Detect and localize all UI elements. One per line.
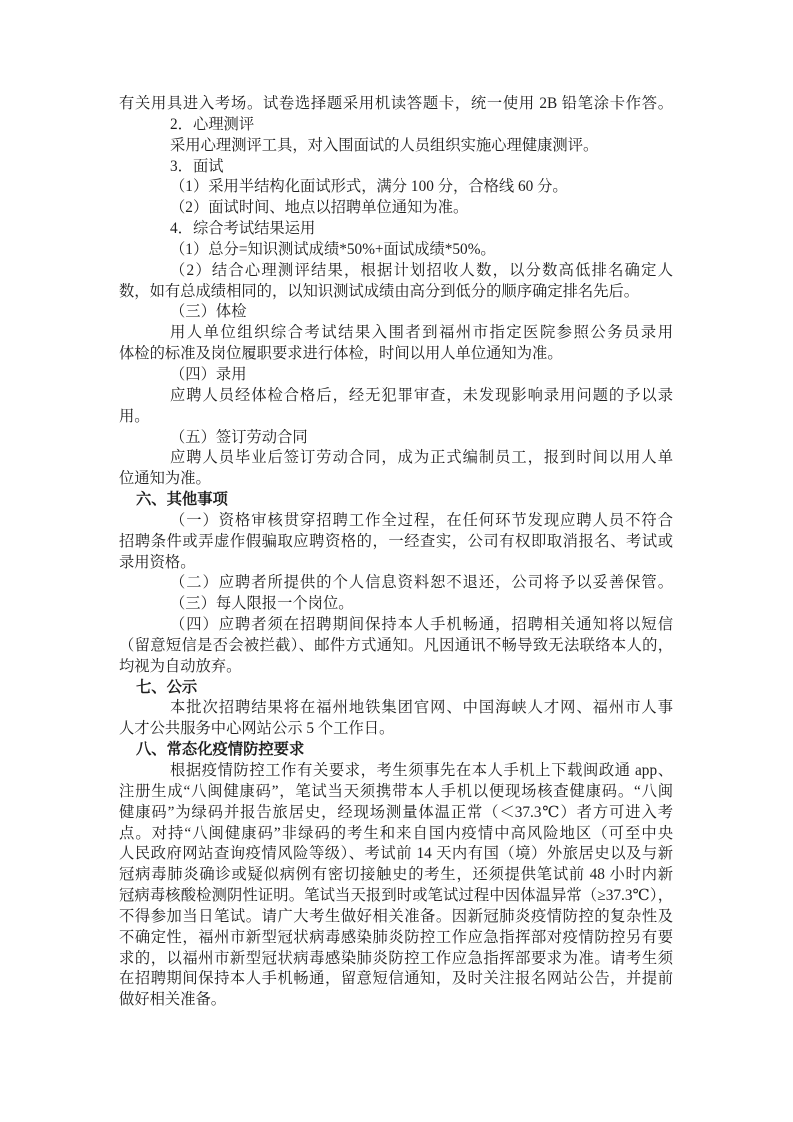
text-line: 3．面试 xyxy=(119,157,673,178)
text-line: 本批次招聘结果将在福州地铁集团官网、中国海峡人才网、福州市人事 xyxy=(119,698,673,719)
text-line: （二）应聘者所提供的个人信息资料恕不退还，公司将予以妥善保管。 xyxy=(119,573,673,594)
text-line: 做好相关准备。 xyxy=(119,990,673,1011)
text-line: （2）结合心理测评结果，根据计划招收人数，以分数高低排名确定人 xyxy=(119,261,673,282)
section-heading: 七、公示 xyxy=(119,678,673,699)
section-heading: 六、其他事项 xyxy=(119,490,673,511)
text-line: 应聘人员毕业后签订劳动合同，成为正式编制员工，报到时间以用人单 xyxy=(119,448,673,469)
text-line: 人民政府网站查询疫情风险等级）、考试前 14 天内有国（境）外旅居史以及与新 xyxy=(119,844,673,865)
text-line: 2．心理测评 xyxy=(119,115,673,136)
text-line: （留意短信是否会被拦截）、邮件方式通知。凡因通讯不畅导致无法联络本人的， xyxy=(119,636,673,657)
text-line: （三）体检 xyxy=(119,302,673,323)
document-page: 有关用具进入考场。试卷选择题采用机读答题卡，统一使用 2B 铅笔涂卡作答。2．心… xyxy=(0,0,793,1122)
text-line: 人才公共服务中心网站公示 5 个工作日。 xyxy=(119,719,673,740)
text-line: （1）采用半结构化面试形式，满分 100 分，合格线 60 分。 xyxy=(119,177,673,198)
text-line: 点。对持“八闽健康码”非绿码的考生和来自国内疫情中高风险地区（可至中央 xyxy=(119,824,673,845)
text-line: 冠病毒核酸检测阴性证明。笔试当天报到时或笔试过程中因体温异常（≥37.3℃）， xyxy=(119,886,673,907)
text-line: 均视为自动放弃。 xyxy=(119,657,673,678)
text-line: 体检的标准及岗位履职要求进行体检，时间以用人单位通知为准。 xyxy=(119,344,673,365)
text-line: 不确定性，福州市新型冠状病毒感染肺炎防控工作应急指挥部对疫情防控另有要 xyxy=(119,928,673,949)
text-line: 注册生成“八闽健康码”，笔试当天须携带本人手机以便现场核查健康码。“八闽 xyxy=(119,782,673,803)
text-line: 有关用具进入考场。试卷选择题采用机读答题卡，统一使用 2B 铅笔涂卡作答。 xyxy=(119,94,673,115)
text-line: （四）应聘者须在招聘期间保持本人手机畅通，招聘相关通知将以短信 xyxy=(119,615,673,636)
text-line: 招聘条件或弄虚作假骗取应聘资格的，一经查实，公司有权即取消报名、考试或 xyxy=(119,532,673,553)
text-line: （三）每人限报一个岗位。 xyxy=(119,594,673,615)
text-line: 采用心理测评工具，对入围面试的人员组织实施心理健康测评。 xyxy=(119,136,673,157)
text-line: （五）签订劳动合同 xyxy=(119,428,673,449)
text-line: （一）资格审核贯穿招聘工作全过程，在任何环节发现应聘人员不符合 xyxy=(119,511,673,532)
section-heading: 八、常态化疫情防控要求 xyxy=(119,740,673,761)
text-line: 健康码”为绿码并报告旅居史，经现场测量体温正常（＜37.3℃）者方可进入考 xyxy=(119,803,673,824)
text-line: 数，如有总成绩相同的，以知识测试成绩由高分到低分的顺序确定排名先后。 xyxy=(119,282,673,303)
text-line: （1）总分=知识测试成绩*50%+面试成绩*50%。 xyxy=(119,240,673,261)
text-line: 应聘人员经体检合格后，经无犯罪审查，未发现影响录用问题的予以录 xyxy=(119,386,673,407)
text-line: （2）面试时间、地点以招聘单位通知为准。 xyxy=(119,198,673,219)
text-line: 根据疫情防控工作有关要求，考生须事先在本人手机上下载闽政通 app、 xyxy=(119,761,673,782)
text-line: （四）录用 xyxy=(119,365,673,386)
document-body: 有关用具进入考场。试卷选择题采用机读答题卡，统一使用 2B 铅笔涂卡作答。2．心… xyxy=(119,94,673,1011)
text-line: 求的，以福州市新型冠状病毒感染肺炎防控工作应急指挥部要求为准。请考生须 xyxy=(119,949,673,970)
text-line: 录用资格。 xyxy=(119,553,673,574)
text-line: 不得参加当日笔试。请广大考生做好相关准备。因新冠肺炎疫情防控的复杂性及 xyxy=(119,907,673,928)
text-line: 用。 xyxy=(119,407,673,428)
text-line: 位通知为准。 xyxy=(119,469,673,490)
text-line: 4．综合考试结果运用 xyxy=(119,219,673,240)
text-line: 冠病毒肺炎确诊或疑似病例有密切接触史的考生，还须提供笔试前 48 小时内新 xyxy=(119,865,673,886)
text-line: 用人单位组织综合考试结果入围者到福州市指定医院参照公务员录用 xyxy=(119,323,673,344)
text-line: 在招聘期间保持本人手机畅通，留意短信通知，及时关注报名网站公告，并提前 xyxy=(119,969,673,990)
